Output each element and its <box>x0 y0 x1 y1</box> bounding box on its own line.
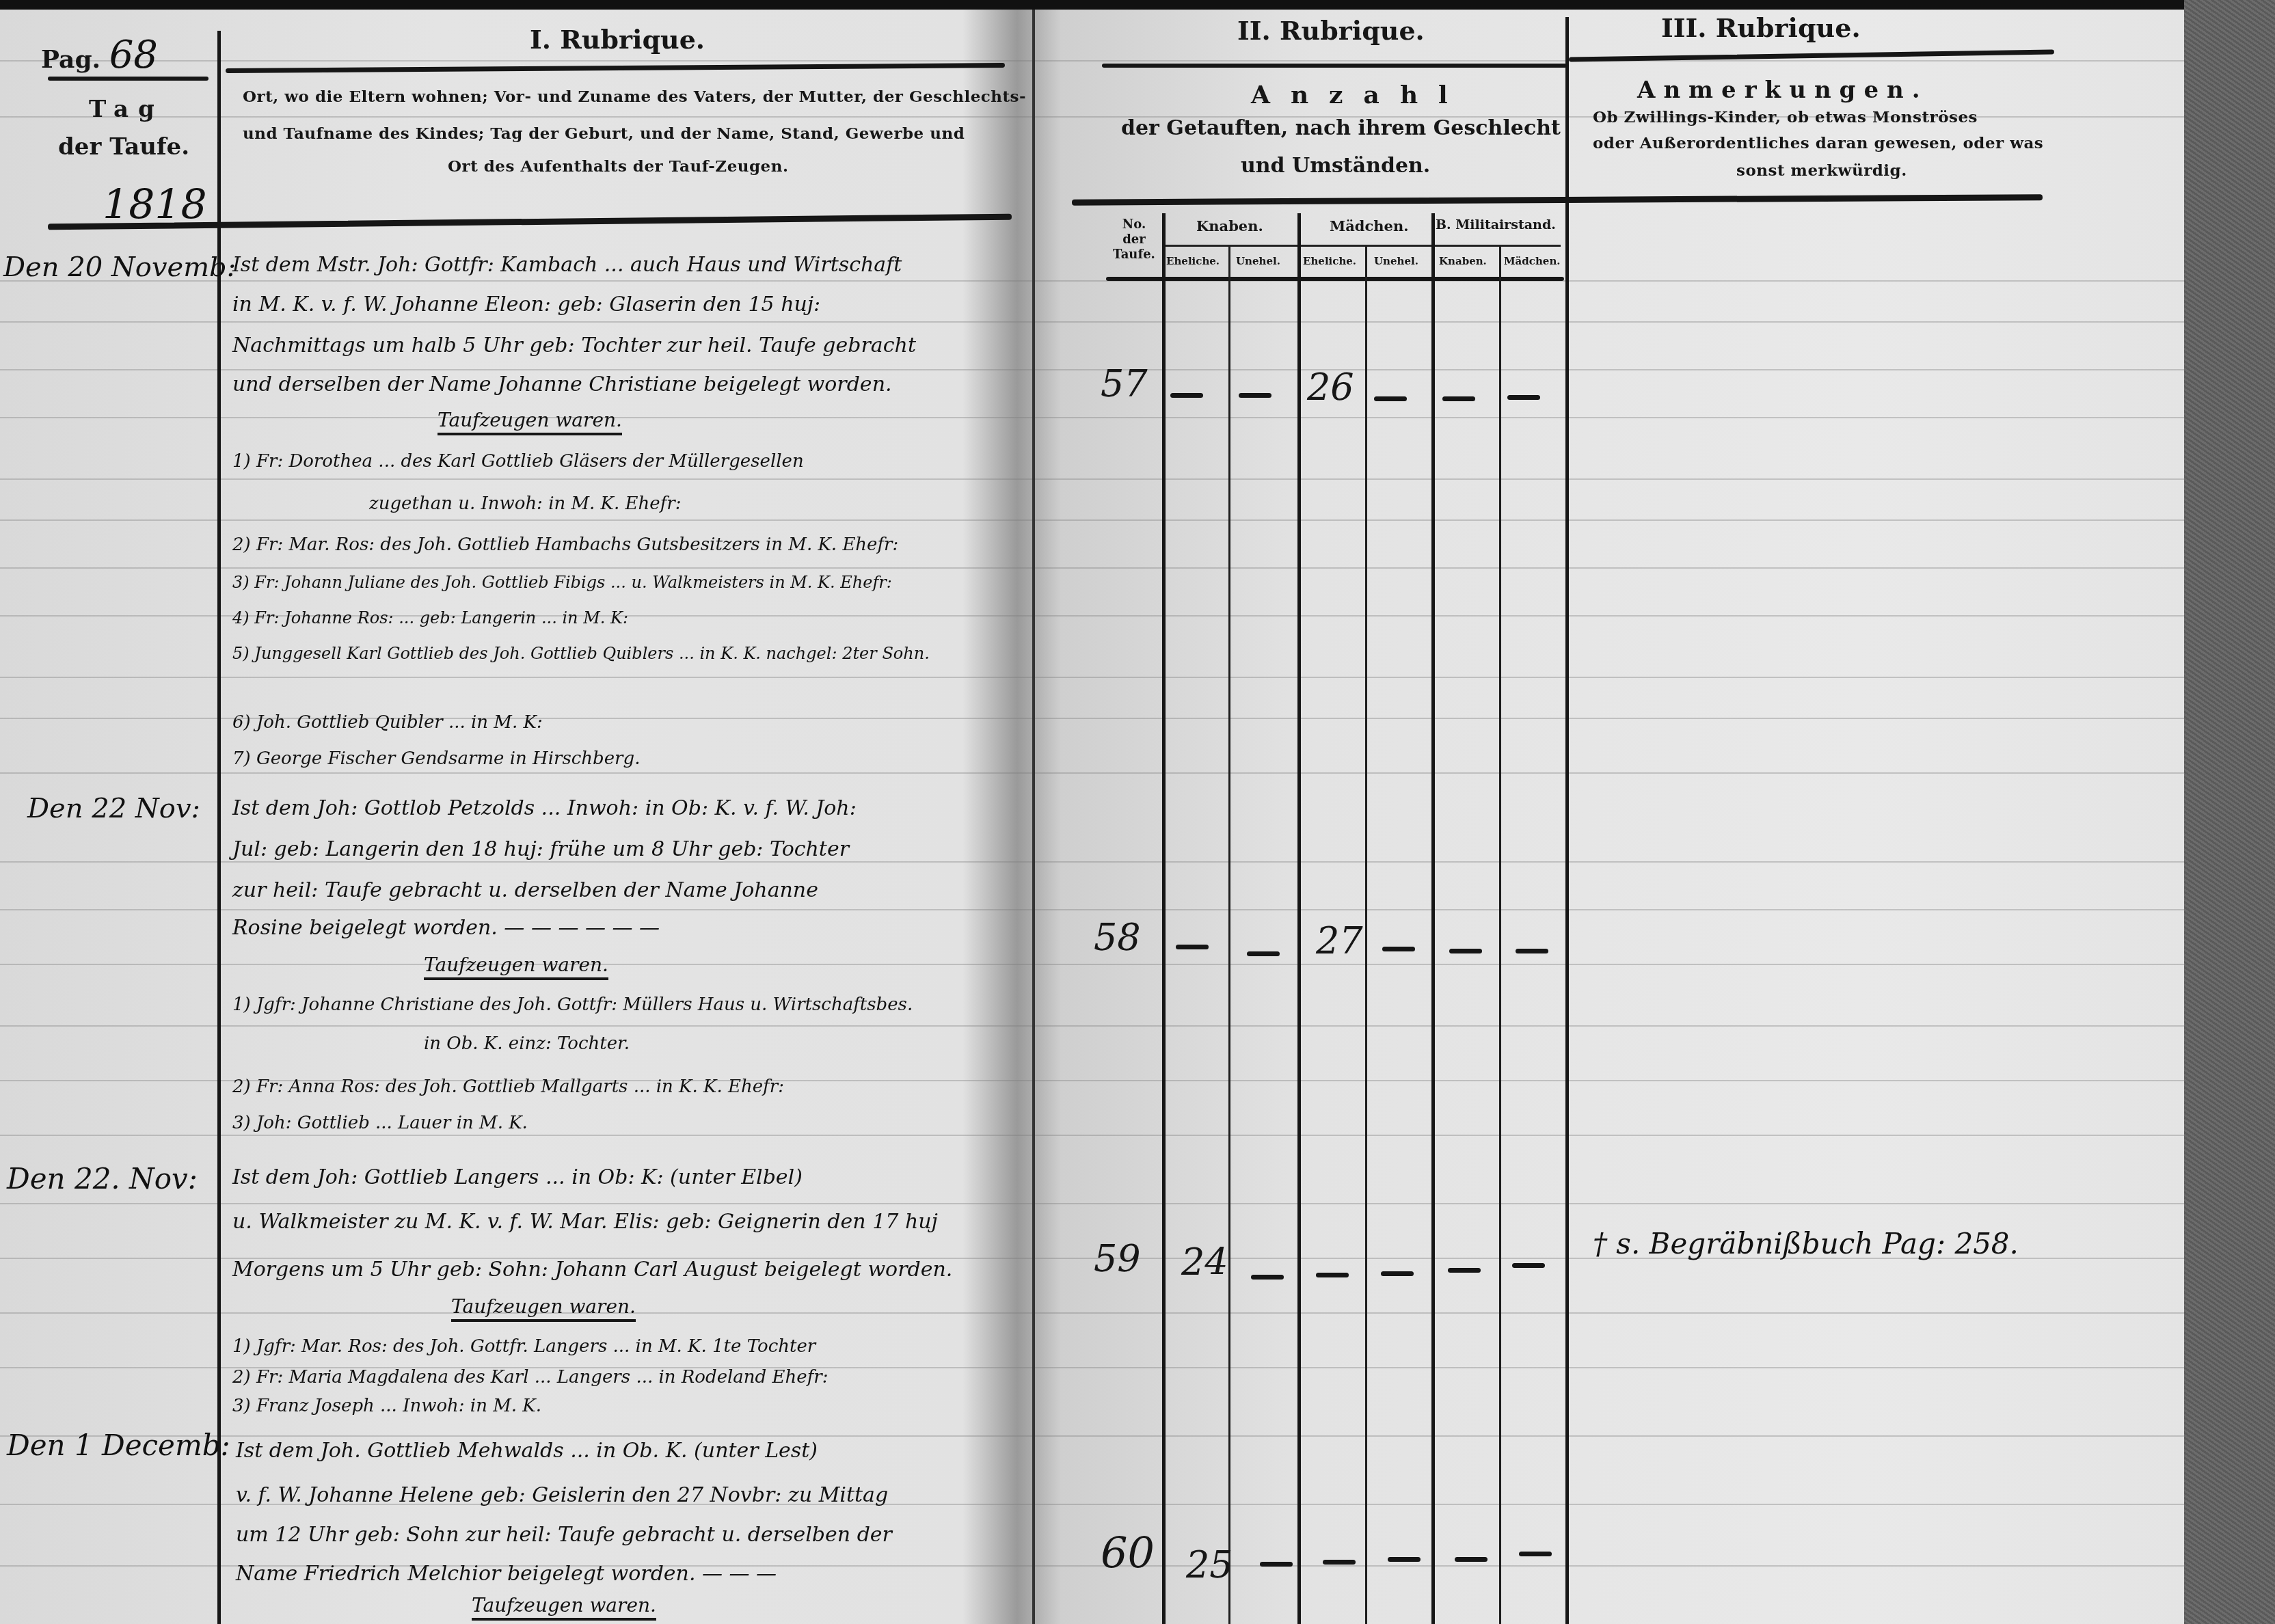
witness: zugethan u. Inwoh: in M. K. Ehefr: <box>369 493 682 514</box>
entry-text-line: Ist dem Joh. Gottlieb Mehwalds ... in Ob… <box>236 1439 818 1463</box>
rubric-1-description-line3: Ort des Aufenthalts der Tauf-Zeugen. <box>448 157 788 176</box>
baptism-number: 57 <box>1101 362 1148 405</box>
witness: 6) Joh. Gottlieb Quibler ... in M. K: <box>232 712 543 733</box>
entry-date: Den 22. Nov: <box>7 1162 198 1195</box>
entry-text-line: Ist dem Joh: Gottlieb Langers ... in Ob:… <box>232 1165 803 1189</box>
witness: 3) Franz Joseph ... Inwoh: in M. K. <box>232 1396 541 1416</box>
entry-text-line: Name Friedrich Melchior beigelegt worden… <box>236 1562 777 1586</box>
col-knaben-header: Knaben. <box>1196 217 1263 234</box>
col-knaben-ehel: Eheliche. <box>1166 255 1220 267</box>
knaben-ehel-count: 24 <box>1181 1241 1228 1284</box>
baptism-number: 60 <box>1101 1528 1155 1578</box>
entry-text-line: Nachmittags um halb 5 Uhr geb: Tochter z… <box>232 334 916 357</box>
col-mil-knaben: Knaben. <box>1439 255 1487 267</box>
entry-text-line: in M. K. v. f. W. Johanne Eleon: geb: Gl… <box>232 293 820 316</box>
witness: in Ob. K. einz: Tochter. <box>424 1033 630 1054</box>
register-page: Pag. 68 I. Rubrique. Tag der Taufe. 1818… <box>0 0 2187 1624</box>
maedchen-ehel-count: 26 <box>1307 366 1354 409</box>
rubric-1-title: I. Rubrique. <box>530 24 705 55</box>
rubric-3-description-line3: sonst merkwürdig. <box>1736 161 1907 180</box>
entry-date: Den 1 Decemb: <box>7 1429 230 1462</box>
witness: 5) Junggesell Karl Gottlieb des Joh. Got… <box>232 644 930 663</box>
scan-top-edge <box>0 0 2275 10</box>
entry-date: Den 20 Novemb: <box>3 252 236 283</box>
rubric-2-heading: Anzahl <box>1251 81 1468 109</box>
witness-heading: Taufzeugen waren. <box>472 1594 656 1621</box>
col-maedchen-unehel: Unehel. <box>1374 255 1418 267</box>
entry-text-line: Jul: geb: Langerin den 18 huj: frühe um … <box>232 837 849 861</box>
book-edge <box>2184 0 2275 1624</box>
witness: 1) Jgfr: Johanne Christiane des Joh. Got… <box>232 994 913 1015</box>
entry-text-line: um 12 Uhr geb: Sohn zur heil: Taufe gebr… <box>236 1523 892 1547</box>
rubric-2-description-line2: und Umständen. <box>1241 154 1430 178</box>
entry-text-line: Ist dem Joh: Gottlob Petzolds ... Inwoh:… <box>232 796 857 820</box>
witness-heading: Taufzeugen waren. <box>437 409 622 435</box>
col-no-header: No. der Taufe. <box>1113 217 1155 262</box>
col-knaben-unehel: Unehel. <box>1236 255 1280 267</box>
rubric-1-description-line1: Ort, wo die Eltern wohnen; Vor- und Zuna… <box>243 87 1026 106</box>
rubric-2-title: II. Rubrique. <box>1237 15 1425 46</box>
witness: 1) Jgfr: Mar. Ros: des Joh. Gottfr. Lang… <box>232 1336 816 1357</box>
entry-text-line: Rosine beigelegt worden. — — — — — — <box>232 916 660 940</box>
entry-text-line: Morgens um 5 Uhr geb: Sohn: Johann Carl … <box>232 1258 952 1282</box>
entry-text-line: v. f. W. Johanne Helene geb: Geislerin d… <box>236 1483 888 1507</box>
entry-text-line: zur heil: Taufe gebracht u. derselben de… <box>232 878 818 902</box>
witness: 3) Fr: Johann Juliane des Joh. Gottlieb … <box>232 573 892 592</box>
rubric-1-description-line2: und Taufname des Kindes; Tag der Geburt,… <box>243 124 965 143</box>
entry-text-line: und derselben der Name Johanne Christian… <box>232 373 891 396</box>
col-mil-maedchen: Mädchen. <box>1504 255 1561 267</box>
baptism-number: 59 <box>1094 1237 1141 1280</box>
rubric-3-description-line1: Ob Zwillings-Kinder, ob etwas Monströses <box>1593 108 1978 126</box>
col-militair-header: B. Militairstand. <box>1436 217 1556 232</box>
rubric-3-description-line2: oder Außerordentliches daran gewesen, od… <box>1593 134 2043 152</box>
page-number: 68 <box>109 33 158 77</box>
page-label: Pag. 68 <box>41 33 158 77</box>
witness: 2) Fr: Maria Magdalena des Karl ... Lang… <box>232 1367 828 1388</box>
entry-text-line: Ist dem Mstr. Joh: Gottfr: Kambach ... a… <box>232 253 902 277</box>
baptism-number: 58 <box>1094 916 1141 959</box>
witness: 3) Joh: Gottlieb ... Lauer in M. K. <box>232 1113 528 1133</box>
witness: 4) Fr: Johanne Ros: ... geb: Langerin ..… <box>232 608 628 627</box>
witness-heading: Taufzeugen waren. <box>451 1295 636 1322</box>
witness: 2) Fr: Mar. Ros: des Joh. Gottlieb Hamba… <box>232 534 898 555</box>
remark: † s. Begräbnißbuch Pag: 258. <box>1593 1227 2019 1260</box>
date-column-header-line1: Tag <box>89 96 164 123</box>
col-maedchen-ehel: Eheliche. <box>1303 255 1356 267</box>
entry-text-line: u. Walkmeister zu M. K. v. f. W. Mar. El… <box>232 1210 938 1234</box>
rubric-3-title: III. Rubrique. <box>1661 12 1861 43</box>
maedchen-ehel-count: 27 <box>1316 919 1363 962</box>
knaben-ehel-count: 25 <box>1186 1543 1233 1586</box>
entry-date: Den 22 Nov: <box>27 793 200 824</box>
rubric-3-heading: Anmerkungen. <box>1637 77 1928 104</box>
rubric-2-3-divider <box>1565 17 1569 1624</box>
witness: 2) Fr: Anna Ros: des Joh. Gottlieb Mallg… <box>232 1077 784 1097</box>
rubric-2-description-line1: der Getauften, nach ihrem Geschlecht <box>1121 116 1561 140</box>
witness-heading: Taufzeugen waren. <box>424 953 608 980</box>
col-maedchen-header: Mädchen. <box>1330 217 1409 234</box>
witness: 1) Fr: Dorothea ... des Karl Gottlieb Gl… <box>232 451 804 472</box>
witness: 7) George Fischer Gendsarme in Hirschber… <box>232 748 640 769</box>
date-column-header-line2: der Taufe. <box>58 133 189 161</box>
